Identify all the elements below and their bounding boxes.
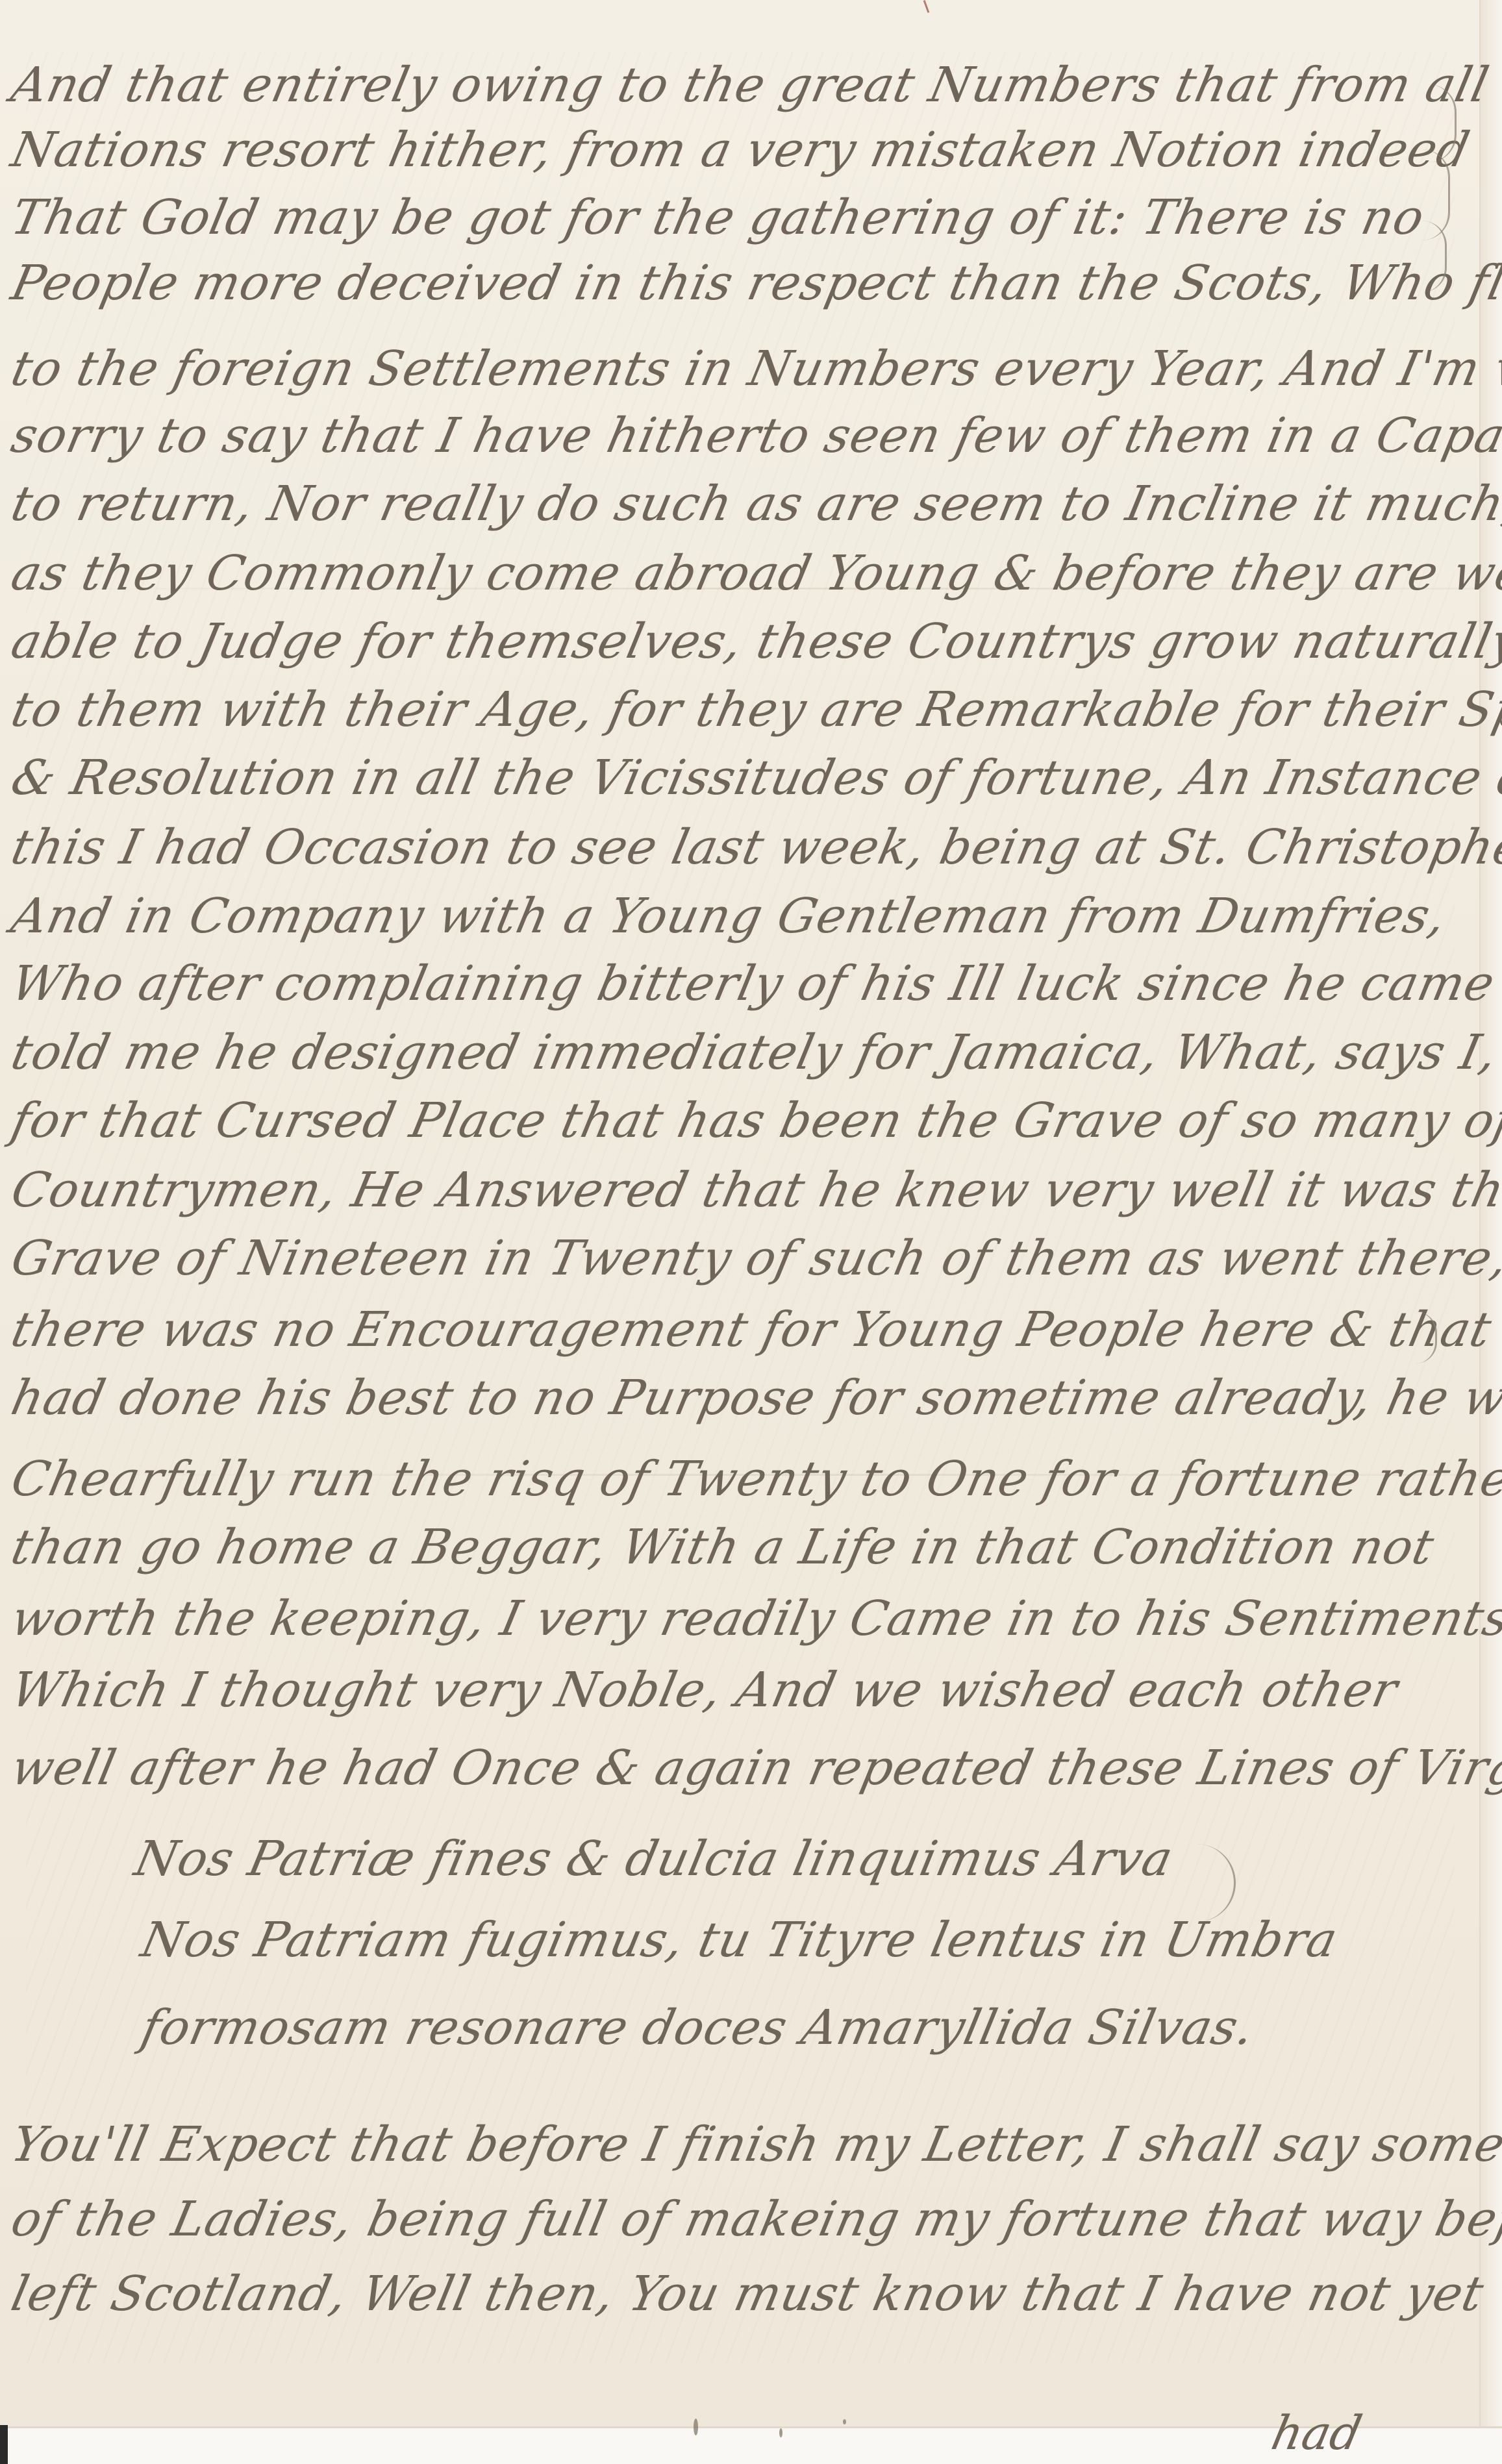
letter-line: to return, Nor really do such as are see… <box>6 476 1502 532</box>
letter-line: You'll Expect that before I finish my Le… <box>6 2117 1502 2172</box>
verse-line: formosam resonare doces Amaryllida Silva… <box>136 2000 1259 2056</box>
letter-line: than go home a Beggar, With a Life in th… <box>6 1519 1439 1575</box>
letter-line: & Resolution in all the Vicissitudes of … <box>6 750 1502 806</box>
letter-line: That Gold may be got for the gathering o… <box>6 190 1429 245</box>
letter-line: for that Cursed Place that has been the … <box>6 1093 1502 1149</box>
letter-line: People more deceived in this respect tha… <box>6 255 1502 311</box>
letter-line: Who after complaining bitterly of his Il… <box>6 956 1502 1012</box>
verse-line: Nos Patriam fugimus, tu Tityre lentus in… <box>136 1912 1343 1968</box>
letter-line: Grave of Nineteen in Twenty of such of t… <box>6 1230 1502 1286</box>
letter-line: sorry to say that I have hitherto seen f… <box>6 408 1502 464</box>
letter-line: able to Judge for themselves, these Coun… <box>6 614 1502 669</box>
ink-blot <box>843 2419 846 2424</box>
catchword: had <box>1267 2406 1366 2460</box>
verse-line: Nos Patriæ fines & dulcia linquimus Arva <box>130 1831 1178 1887</box>
letter-line: Nations resort hither, from a very mista… <box>6 122 1475 178</box>
letter-line: And in Company with a Young Gentleman fr… <box>6 888 1451 944</box>
ink-blot <box>779 2428 782 2437</box>
letter-line: to them with their Age, for they are Rem… <box>6 682 1502 738</box>
letter-line: well after he had Once & again repeated … <box>6 1740 1502 1796</box>
letter-line: told me he designed immediately for Jama… <box>6 1025 1502 1080</box>
letter-line: Which I thought very Noble, And we wishe… <box>6 1662 1403 1718</box>
letter-line: of the Ladies, being full of makeing my … <box>6 2191 1502 2247</box>
ink-blot <box>694 2419 698 2435</box>
letter-line: worth the keeping, I very readily Came i… <box>6 1591 1502 1647</box>
letter-line: And that entirely owing to the great Num… <box>6 57 1494 113</box>
letter-line: to the foreign Settlements in Numbers ev… <box>6 341 1502 397</box>
letter-line: this I had Occasion to see last week, be… <box>6 819 1502 875</box>
scan-shadow <box>0 2425 8 2464</box>
letter-line: Countrymen, He Answered that he knew ver… <box>6 1162 1502 1218</box>
letter-line: left Scotland, Well then, You must know … <box>6 2266 1489 2322</box>
letter-line: there was no Encouragement for Young Peo… <box>6 1302 1502 1358</box>
letter-line: had done his best to no Purpose for some… <box>6 1370 1502 1426</box>
letter-line: Chearfully run the risq of Twenty to One… <box>6 1451 1502 1507</box>
letter-line: as they Commonly come abroad Young & bef… <box>6 545 1502 601</box>
